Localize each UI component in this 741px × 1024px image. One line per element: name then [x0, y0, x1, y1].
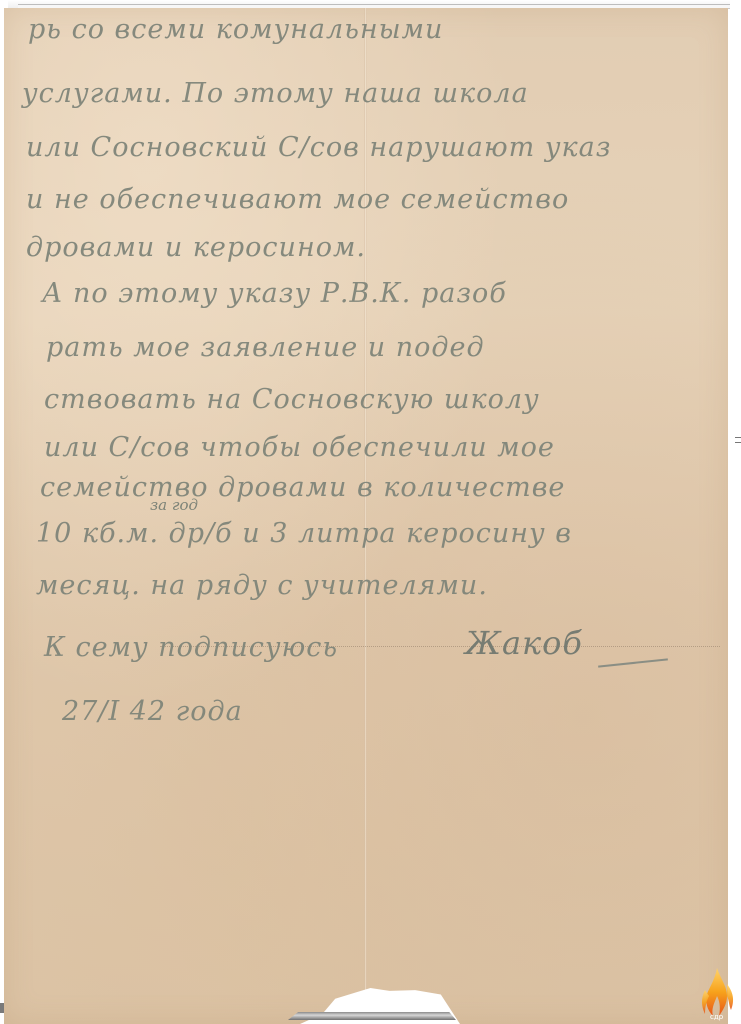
letter-line-4: и не обеспечивают мое семейство	[26, 184, 569, 215]
letter-line-8: ствовать на Сосновскую школу	[44, 384, 540, 415]
scanner-bottom-bar	[288, 1012, 456, 1020]
closing-line: К сему подписуюсь	[44, 632, 338, 663]
letter-line-1: рь со всеми комунальными	[28, 14, 443, 45]
edge-mark	[735, 437, 741, 443]
flame-logo-icon	[697, 966, 737, 1020]
letter-line-5: дровами и керосином.	[26, 232, 366, 263]
letter-line-10: семейство дровами в количестве	[40, 472, 565, 503]
letter-line-9: или С/сов чтобы обеспечили мое	[44, 432, 555, 463]
letter-line-6: А по этому указу Р.В.К. разоб	[42, 278, 507, 309]
signature: Жакоб	[465, 624, 583, 662]
letter-line-12: месяц. на ряду с учителями.	[36, 570, 488, 601]
edge-mark	[0, 1003, 4, 1013]
letter-line-3: или Сосновский С/сов нарушают указ	[26, 132, 611, 163]
signature-flourish	[598, 658, 668, 667]
date-line: 27/I 42 года	[62, 696, 243, 727]
letter-line-11: 10 кб.м. др/б и 3 литра керосину в	[36, 518, 572, 549]
logo-caption: сдр	[710, 1013, 723, 1021]
letter-line-7: рать мое заявление и подед	[46, 332, 485, 363]
letter-body: рь со всеми комунальными услугами. По эт…	[0, 0, 741, 1024]
letter-line-2: услугами. По этому наша школа	[22, 78, 529, 109]
insertion-note: за год	[150, 496, 198, 514]
